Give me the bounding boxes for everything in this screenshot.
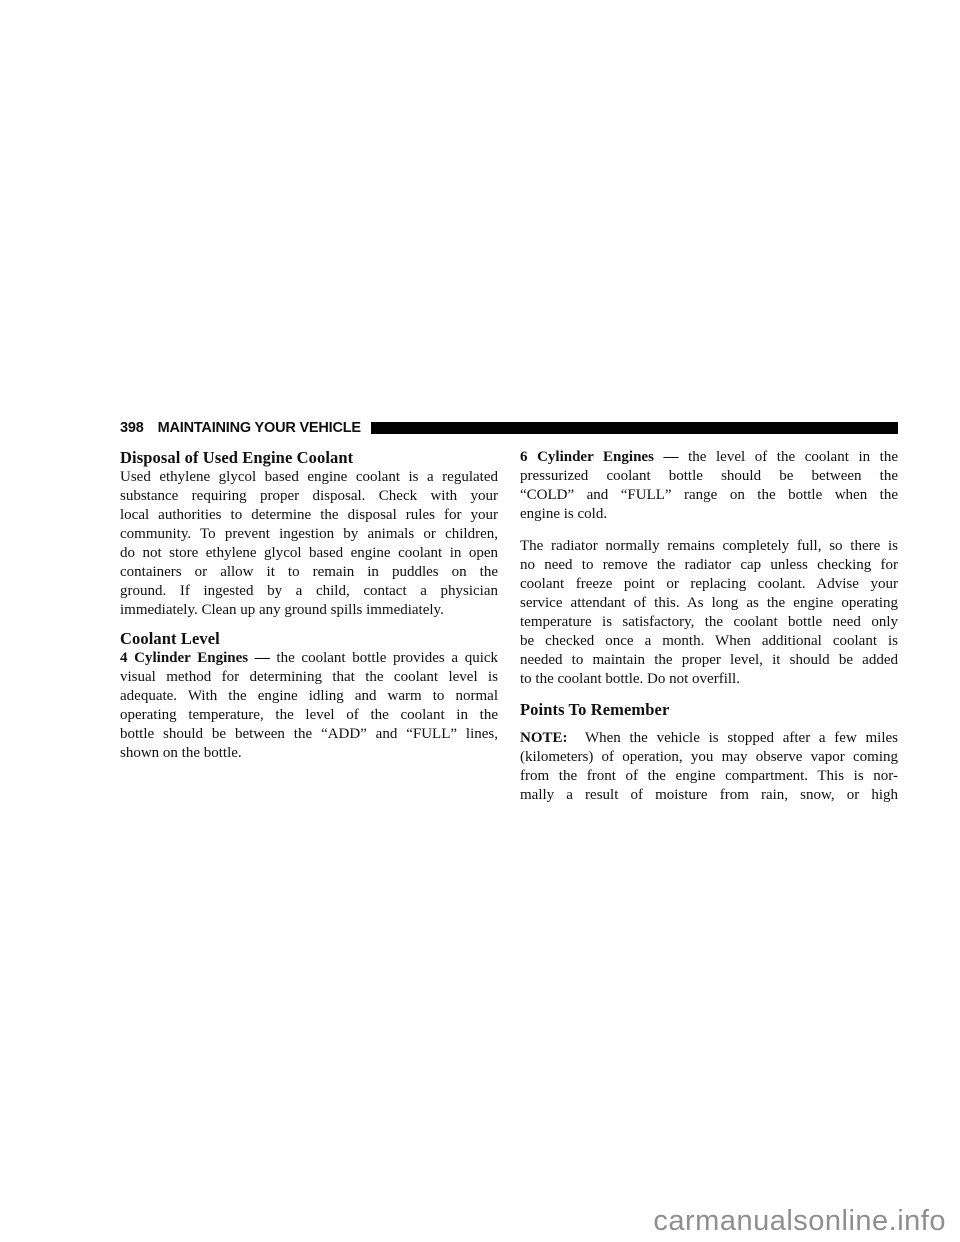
body-line: from the front of the engine compartment…	[520, 767, 898, 786]
right-column: 6 Cylinder Engines — the level of the co…	[520, 448, 898, 805]
line-text: When the vehicle is stopped after a few …	[576, 730, 898, 746]
body-line: immediately. Clean up any ground spills …	[120, 601, 498, 620]
line-text: the coolant bottle provides a quick	[276, 650, 498, 666]
paragraph-radiator: The radiator normally remains completely…	[520, 537, 898, 689]
heading-points-to-remember: Points To Remember	[520, 700, 898, 720]
body-line: service attendant of this. As long as th…	[520, 594, 898, 613]
body-line: 4 Cylinder Engines — the coolant bottle …	[120, 649, 498, 668]
paragraph-note: NOTE: When the vehicle is stopped after …	[520, 729, 898, 805]
manual-page: 398 MAINTAINING YOUR VEHICLE Disposal of…	[0, 0, 960, 1242]
watermark: carmanualsonline.info	[653, 1204, 946, 1238]
paragraph-6-cylinder: 6 Cylinder Engines — the level of the co…	[520, 448, 898, 524]
body-line: community. To prevent ingestion by anima…	[120, 525, 498, 544]
body-line: operating temperature, the level of the …	[120, 706, 498, 725]
body-line: no need to remove the radiator cap unles…	[520, 556, 898, 575]
body-line: substance requiring proper disposal. Che…	[120, 487, 498, 506]
left-column: Disposal of Used Engine Coolant Used eth…	[120, 448, 498, 763]
body-line: adequate. With the engine idling and war…	[120, 687, 498, 706]
body-line: Used ethylene glycol based engine coolan…	[120, 468, 498, 487]
body-line: 6 Cylinder Engines — the level of the co…	[520, 448, 898, 467]
body-line: needed to maintain the proper level, it …	[520, 651, 898, 670]
line-text: the level of the coolant in the	[688, 449, 898, 465]
body-line: temperature is satisfactory, the coolant…	[520, 613, 898, 632]
heading-disposal: Disposal of Used Engine Coolant	[120, 448, 498, 468]
body-line: do not store ethylene glycol based engin…	[120, 544, 498, 563]
body-line: ground. If ingested by a child, contact …	[120, 582, 498, 601]
body-line: pressurized coolant bottle should be bet…	[520, 467, 898, 486]
lead-4-cylinder: 4 Cylinder Engines —	[120, 650, 270, 666]
body-line: shown on the bottle.	[120, 744, 498, 763]
body-line: bottle should be between the “ADD” and “…	[120, 725, 498, 744]
body-line: (kilometers) of operation, you may obser…	[520, 748, 898, 767]
paragraph-4-cylinder: 4 Cylinder Engines — the coolant bottle …	[120, 649, 498, 763]
body-line: visual method for determining that the c…	[120, 668, 498, 687]
body-line: local authorities to determine the dispo…	[120, 506, 498, 525]
body-line: The radiator normally remains completely…	[520, 537, 898, 556]
page-header: 398 MAINTAINING YOUR VEHICLE	[120, 420, 898, 436]
page-number: 398	[120, 420, 144, 436]
body-line: be checked once a month. When additional…	[520, 632, 898, 651]
body-line: mally a result of moisture from rain, sn…	[520, 786, 898, 805]
body-line: to the coolant bottle. Do not overfill.	[520, 670, 898, 689]
body-line: containers or allow it to remain in pudd…	[120, 563, 498, 582]
note-label: NOTE:	[520, 730, 568, 746]
running-title: MAINTAINING YOUR VEHICLE	[158, 420, 361, 436]
header-bar	[371, 422, 898, 434]
body-line: engine is cold.	[520, 505, 898, 524]
body-line: NOTE: When the vehicle is stopped after …	[520, 729, 898, 748]
body-line: “COLD” and “FULL” range on the bottle wh…	[520, 486, 898, 505]
lead-6-cylinder: 6 Cylinder Engines —	[520, 449, 679, 465]
body-line: coolant freeze point or replacing coolan…	[520, 575, 898, 594]
paragraph-disposal: Used ethylene glycol based engine coolan…	[120, 468, 498, 620]
heading-coolant-level: Coolant Level	[120, 629, 498, 649]
